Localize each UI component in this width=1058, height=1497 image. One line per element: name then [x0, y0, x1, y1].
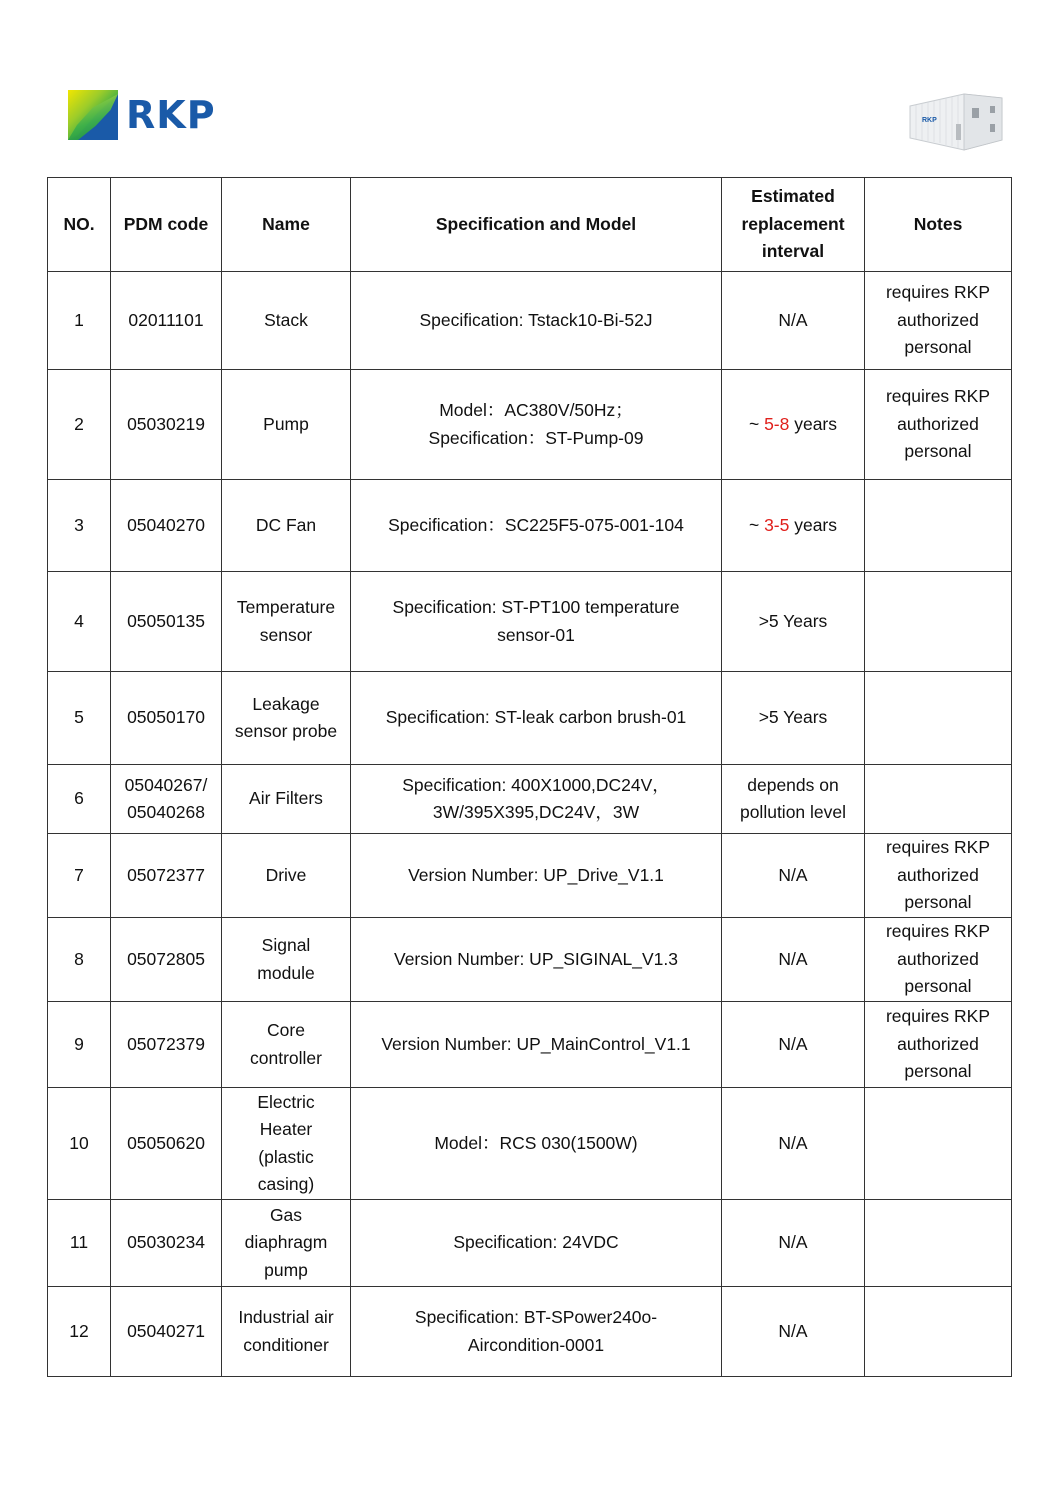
cell-interval: ~ 5-8 years	[722, 370, 865, 480]
cell-pdm-code: 05072377	[111, 834, 222, 918]
rkp-logo: RKP	[68, 89, 216, 141]
cell-notes	[865, 572, 1012, 672]
cell-no: 12	[48, 1287, 111, 1377]
table-header-row: NO. PDM code Name Specification and Mode…	[48, 178, 1012, 272]
table-row: 1105030234Gas diaphragm pumpSpecificatio…	[48, 1200, 1012, 1287]
container-unit-image: RKP	[906, 84, 1006, 152]
cell-no: 9	[48, 1002, 111, 1088]
table-row: 305040270DC FanSpecification：SC225F5-075…	[48, 480, 1012, 572]
cell-spec: Version Number: UP_SIGINAL_V1.3	[351, 918, 722, 1002]
cell-spec: Specification: Tstack10-Bi-52J	[351, 272, 722, 370]
cell-no: 11	[48, 1200, 111, 1287]
cell-pdm-code: 05040270	[111, 480, 222, 572]
cell-spec: Specification：SC225F5-075-001-104	[351, 480, 722, 572]
interval-suffix: years	[789, 414, 837, 434]
col-header-no: NO.	[48, 178, 111, 272]
cell-no: 4	[48, 572, 111, 672]
cell-name: Gas diaphragm pump	[222, 1200, 351, 1287]
cell-notes	[865, 672, 1012, 765]
cell-no: 7	[48, 834, 111, 918]
cell-name: Drive	[222, 834, 351, 918]
cell-notes: requires RKP authorized personal	[865, 1002, 1012, 1088]
cell-no: 6	[48, 765, 111, 834]
cell-interval: N/A	[722, 1002, 865, 1088]
interval-prefix: ~	[749, 414, 764, 434]
table-row: 705072377DriveVersion Number: UP_Drive_V…	[48, 834, 1012, 918]
cell-name: Core controller	[222, 1002, 351, 1088]
table-row: 405050135Temperature sensorSpecification…	[48, 572, 1012, 672]
col-header-notes: Notes	[865, 178, 1012, 272]
cell-interval: N/A	[722, 1088, 865, 1200]
cell-spec: Specification: ST-PT100 temperature sens…	[351, 572, 722, 672]
cell-interval: ~ 3-5 years	[722, 480, 865, 572]
cell-interval: N/A	[722, 918, 865, 1002]
cell-name: Industrial air conditioner	[222, 1287, 351, 1377]
cell-spec: Specification: 24VDC	[351, 1200, 722, 1287]
svg-text:RKP: RKP	[922, 117, 937, 124]
table-row: 1205040271Industrial air conditionerSpec…	[48, 1287, 1012, 1377]
table-row: 1005050620Electric Heater (plastic casin…	[48, 1088, 1012, 1200]
interval-suffix: years	[789, 515, 837, 535]
cell-spec: Version Number: UP_Drive_V1.1	[351, 834, 722, 918]
cell-name: Stack	[222, 272, 351, 370]
cell-interval: >5 Years	[722, 672, 865, 765]
cell-notes: requires RKP authorized personal	[865, 370, 1012, 480]
cell-notes	[865, 1200, 1012, 1287]
cell-pdm-code: 05040267/ 05040268	[111, 765, 222, 834]
cell-pdm-code: 05050135	[111, 572, 222, 672]
cell-spec: Specification: 400X1000,DC24V，3W/395X395…	[351, 765, 722, 834]
cell-notes	[865, 1287, 1012, 1377]
cell-notes: requires RKP authorized personal	[865, 272, 1012, 370]
cell-no: 3	[48, 480, 111, 572]
interval-prefix: ~	[749, 515, 764, 535]
cell-name: Electric Heater (plastic casing)	[222, 1088, 351, 1200]
interval-range: 5-8	[764, 414, 789, 434]
cell-name: DC Fan	[222, 480, 351, 572]
spare-parts-table: NO. PDM code Name Specification and Mode…	[47, 177, 1012, 1377]
cell-pdm-code: 05030219	[111, 370, 222, 480]
cell-notes	[865, 1088, 1012, 1200]
cell-notes: requires RKP authorized personal	[865, 834, 1012, 918]
table-row: 102011101StackSpecification: Tstack10-Bi…	[48, 272, 1012, 370]
cell-pdm-code: 05040271	[111, 1287, 222, 1377]
cell-interval: N/A	[722, 834, 865, 918]
interval-range: 3-5	[764, 515, 789, 535]
leaf-logo-icon	[68, 90, 118, 140]
cell-spec: Model：AC380V/50Hz； Specification：ST-Pump…	[351, 370, 722, 480]
cell-interval: N/A	[722, 1200, 865, 1287]
cell-no: 2	[48, 370, 111, 480]
cell-spec: Specification: ST-leak carbon brush-01	[351, 672, 722, 765]
col-header-interval: Estimated replacement interval	[722, 178, 865, 272]
cell-notes	[865, 480, 1012, 572]
cell-spec: Specification: BT-SPower240o-Airconditio…	[351, 1287, 722, 1377]
cell-spec: Model：RCS 030(1500W)	[351, 1088, 722, 1200]
col-header-name: Name	[222, 178, 351, 272]
col-header-spec: Specification and Model	[351, 178, 722, 272]
cell-interval: >5 Years	[722, 572, 865, 672]
table-row: 205030219PumpModel：AC380V/50Hz； Specific…	[48, 370, 1012, 480]
cell-interval: N/A	[722, 1287, 865, 1377]
table-row: 605040267/ 05040268Air FiltersSpecificat…	[48, 765, 1012, 834]
cell-name: Temperature sensor	[222, 572, 351, 672]
cell-name: Air Filters	[222, 765, 351, 834]
cell-pdm-code: 05050170	[111, 672, 222, 765]
cell-spec: Version Number: UP_MainControl_V1.1	[351, 1002, 722, 1088]
cell-pdm-code: 05072379	[111, 1002, 222, 1088]
cell-name: Pump	[222, 370, 351, 480]
cell-pdm-code: 05030234	[111, 1200, 222, 1287]
table-row: 905072379Core controllerVersion Number: …	[48, 1002, 1012, 1088]
table-row: 805072805Signal moduleVersion Number: UP…	[48, 918, 1012, 1002]
cell-pdm-code: 02011101	[111, 272, 222, 370]
cell-no: 1	[48, 272, 111, 370]
cell-no: 8	[48, 918, 111, 1002]
table-row: 505050170Leakage sensor probeSpecificati…	[48, 672, 1012, 765]
cell-name: Leakage sensor probe	[222, 672, 351, 765]
cell-notes	[865, 765, 1012, 834]
cell-name: Signal module	[222, 918, 351, 1002]
cell-no: 10	[48, 1088, 111, 1200]
cell-notes: requires RKP authorized personal	[865, 918, 1012, 1002]
cell-pdm-code: 05050620	[111, 1088, 222, 1200]
logo-text: RKP	[126, 93, 216, 137]
col-header-pdm-code: PDM code	[111, 178, 222, 272]
cell-interval: depends on pollution level	[722, 765, 865, 834]
cell-pdm-code: 05072805	[111, 918, 222, 1002]
cell-interval: N/A	[722, 272, 865, 370]
cell-no: 5	[48, 672, 111, 765]
